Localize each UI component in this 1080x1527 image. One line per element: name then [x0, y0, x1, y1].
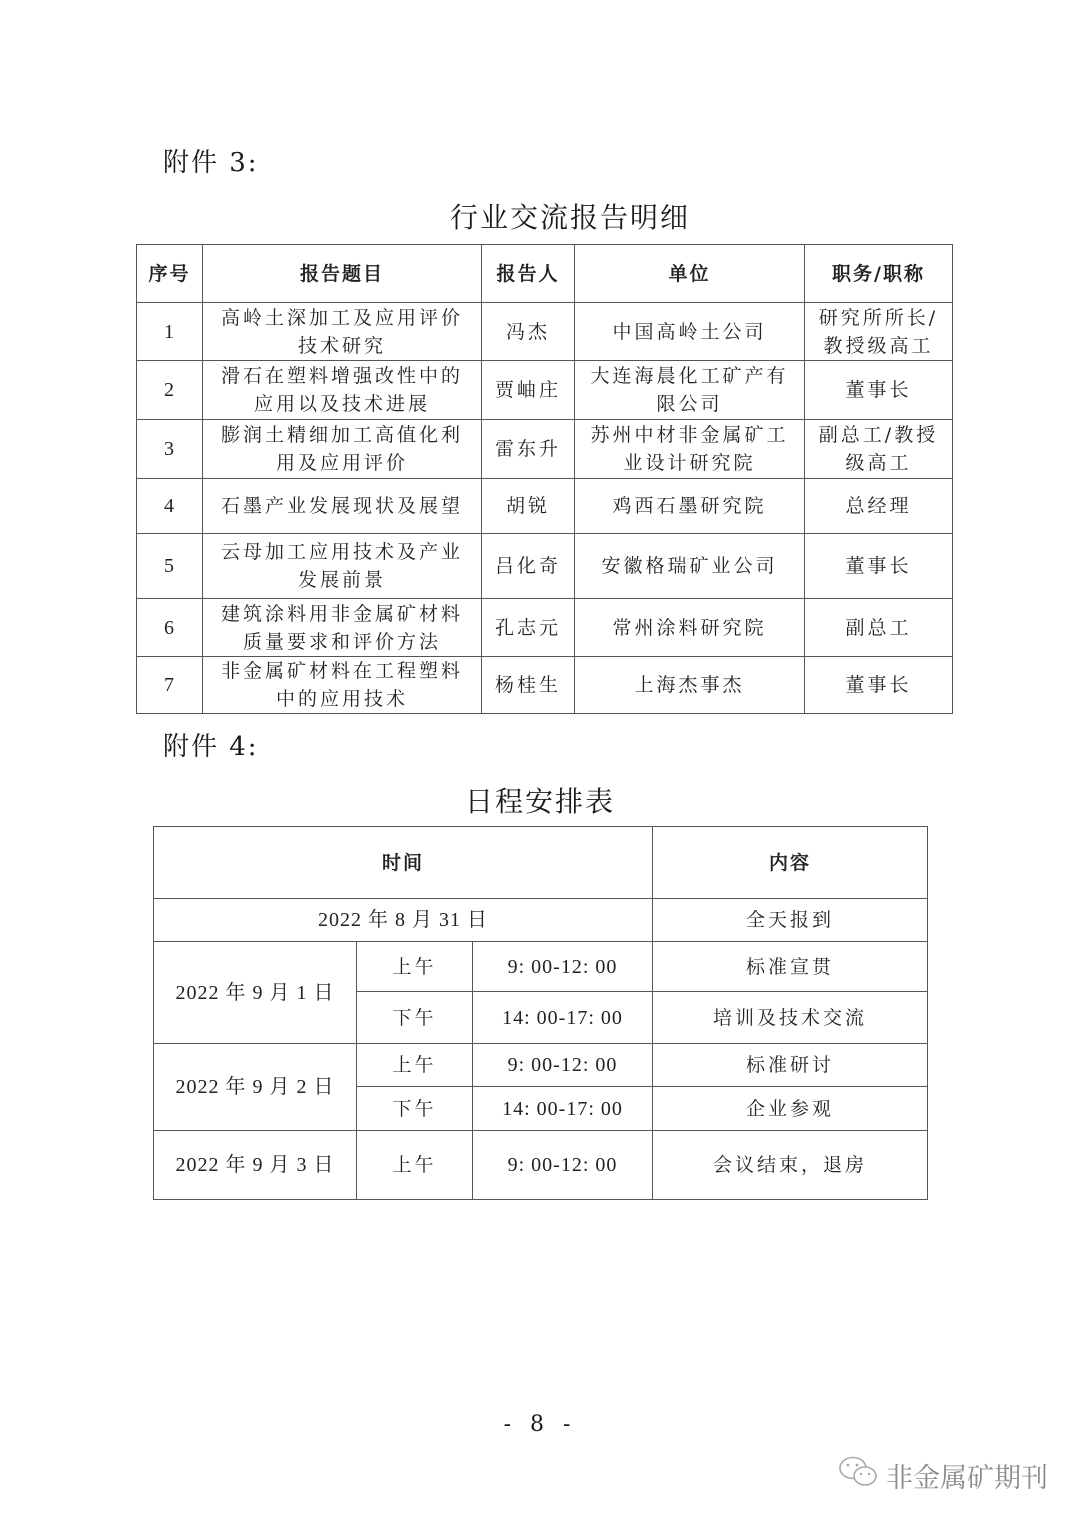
content-cell: 培训及技术交流 [653, 992, 928, 1044]
table-row: 2022 年 9 月 2 日 上午 9: 00-12: 00 标准研讨 [154, 1044, 928, 1087]
row-speaker: 杨桂生 [482, 657, 575, 714]
period-cell: 下午 [357, 992, 473, 1044]
header-no: 序号 [137, 245, 203, 303]
row-speaker: 吕化奇 [482, 534, 575, 599]
content-cell: 标准宣贯 [653, 942, 928, 992]
table-row: 2 滑石在塑料增强改性中的应用以及技术进展 贾岫庄 大连海晨化工矿产有限公司 董… [137, 361, 953, 420]
row-org: 安徽格瑞矿业公司 [575, 534, 805, 599]
row-position: 副总工/教授级高工 [805, 420, 953, 479]
row-org: 鸡西石墨研究院 [575, 479, 805, 534]
row-topic: 高岭土深加工及应用评价技术研究 [203, 303, 482, 361]
table-header-row: 序号 报告题目 报告人 单位 职务/职称 [137, 245, 953, 303]
header-speaker: 报告人 [482, 245, 575, 303]
row-org: 上海杰事杰 [575, 657, 805, 714]
content-cell: 标准研讨 [653, 1044, 928, 1087]
table-row: 2022 年 8 月 31 日 全天报到 [154, 899, 928, 942]
time-cell: 9: 00-12: 00 [473, 1044, 653, 1087]
header-content: 内容 [653, 827, 928, 899]
table-header-row: 时间 内容 [154, 827, 928, 899]
content-cell: 企业参观 [653, 1087, 928, 1131]
date-cell: 2022 年 9 月 3 日 [154, 1131, 357, 1200]
report-table: 序号 报告题目 报告人 单位 职务/职称 1 高岭土深加工及应用评价技术研究 冯… [136, 244, 953, 714]
table-row: 2022 年 9 月 1 日 上午 9: 00-12: 00 标准宣贯 [154, 942, 928, 992]
row-org: 中国高岭土公司 [575, 303, 805, 361]
table-row: 5 云母加工应用技术及产业发展前景 吕化奇 安徽格瑞矿业公司 董事长 [137, 534, 953, 599]
table-row: 3 膨润土精细加工高值化利用及应用评价 雷东升 苏州中材非金属矿工业设计研究院 … [137, 420, 953, 479]
table-row: 7 非金属矿材料在工程塑料中的应用技术 杨桂生 上海杰事杰 董事长 [137, 657, 953, 714]
row-topic: 非金属矿材料在工程塑料中的应用技术 [203, 657, 482, 714]
header-org: 单位 [575, 245, 805, 303]
attachment-3-label: 附件 3: [163, 142, 259, 179]
row-topic: 滑石在塑料增强改性中的应用以及技术进展 [203, 361, 482, 420]
content-cell: 会议结束，退房 [653, 1131, 928, 1200]
row-no: 6 [137, 599, 203, 657]
time-cell: 9: 00-12: 00 [473, 1131, 653, 1200]
watermark: 非金属矿期刊 [838, 1455, 1048, 1496]
row-no: 3 [137, 420, 203, 479]
row-speaker: 冯杰 [482, 303, 575, 361]
table-row: 1 高岭土深加工及应用评价技术研究 冯杰 中国高岭土公司 研究所所长/教授级高工 [137, 303, 953, 361]
schedule-table: 时间 内容 2022 年 8 月 31 日 全天报到 2022 年 9 月 1 … [153, 826, 928, 1200]
period-cell: 下午 [357, 1087, 473, 1131]
date-cell: 2022 年 9 月 1 日 [154, 942, 357, 1044]
row-topic: 云母加工应用技术及产业发展前景 [203, 534, 482, 599]
row-position: 总经理 [805, 479, 953, 534]
row-topic: 石墨产业发展现状及展望 [203, 479, 482, 534]
wechat-icon [838, 1455, 880, 1496]
row-no: 5 [137, 534, 203, 599]
row-speaker: 孔志元 [482, 599, 575, 657]
row-position: 研究所所长/教授级高工 [805, 303, 953, 361]
time-cell: 9: 00-12: 00 [473, 942, 653, 992]
row-topic: 建筑涂料用非金属矿材料质量要求和评价方法 [203, 599, 482, 657]
row-topic: 膨润土精细加工高值化利用及应用评价 [203, 420, 482, 479]
row-no: 4 [137, 479, 203, 534]
row-no: 1 [137, 303, 203, 361]
period-cell: 上午 [357, 1131, 473, 1200]
row-speaker: 雷东升 [482, 420, 575, 479]
header-time: 时间 [154, 827, 653, 899]
time-cell: 14: 00-17: 00 [473, 992, 653, 1044]
watermark-text: 非金属矿期刊 [886, 1456, 1048, 1495]
period-cell: 上午 [357, 1044, 473, 1087]
table-row: 6 建筑涂料用非金属矿材料质量要求和评价方法 孔志元 常州涂料研究院 副总工 [137, 599, 953, 657]
row-position: 董事长 [805, 361, 953, 420]
page-number: - 8 - [0, 1412, 1080, 1437]
table-row: 4 石墨产业发展现状及展望 胡锐 鸡西石墨研究院 总经理 [137, 479, 953, 534]
row-no: 7 [137, 657, 203, 714]
report-table-title: 行业交流报告明细 [0, 196, 1080, 236]
row-org: 常州涂料研究院 [575, 599, 805, 657]
row-org: 大连海晨化工矿产有限公司 [575, 361, 805, 420]
header-position: 职务/职称 [805, 245, 953, 303]
row-position: 董事长 [805, 657, 953, 714]
time-cell: 14: 00-17: 00 [473, 1087, 653, 1131]
row-position: 副总工 [805, 599, 953, 657]
row-position: 董事长 [805, 534, 953, 599]
content-cell: 全天报到 [653, 899, 928, 942]
header-topic: 报告题目 [203, 245, 482, 303]
schedule-table-title: 日程安排表 [0, 780, 1080, 820]
row-org: 苏州中材非金属矿工业设计研究院 [575, 420, 805, 479]
row-no: 2 [137, 361, 203, 420]
period-cell: 上午 [357, 942, 473, 992]
table-row: 2022 年 9 月 3 日 上午 9: 00-12: 00 会议结束，退房 [154, 1131, 928, 1200]
row-speaker: 胡锐 [482, 479, 575, 534]
date-cell: 2022 年 9 月 2 日 [154, 1044, 357, 1131]
attachment-4-label: 附件 4: [163, 726, 259, 763]
date-cell: 2022 年 8 月 31 日 [154, 899, 653, 942]
row-speaker: 贾岫庄 [482, 361, 575, 420]
